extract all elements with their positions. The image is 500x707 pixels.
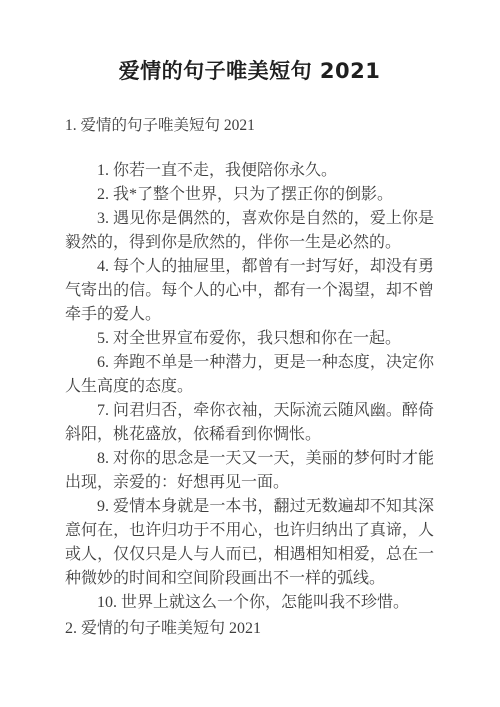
section-2-heading: 2. 爱情的句子唯美短句 2021 (65, 617, 434, 641)
section-1-heading: 1. 爱情的句子唯美短句 2021 (65, 115, 434, 137)
quote-item-3: 3. 遇见你是偶然的，喜欢你是自然的，爱上你是毅然的，得到你是欣然的，伴你一生是… (65, 207, 434, 255)
quote-item-4: 4. 每个人的抽屉里，都曾有一封写好，却没有勇气寄出的信。每个人的心中，都有一个… (65, 255, 434, 327)
quote-item-9: 9. 爱情本身就是一本书，翻过无数遍却不知其深意何在，也许归功于不用心，也许归纳… (65, 495, 434, 591)
quote-item-7: 7. 问君归否，牵你衣袖，天际流云随风幽。醉倚斜阳，桃花盛放，依稀看到你惆怅。 (65, 399, 434, 447)
document-title: 爱情的句子唯美短句 2021 (65, 57, 434, 85)
quote-item-5: 5. 对全世界宣布爱你，我只想和你在一起。 (65, 327, 434, 351)
document-page: 爱情的句子唯美短句 2021 1. 爱情的句子唯美短句 2021 1. 你若一直… (0, 0, 500, 707)
quote-item-1: 1. 你若一直不走，我便陪你永久。 (65, 159, 434, 183)
quote-item-10: 10. 世界上就这么一个你，怎能叫我不珍惜。 (65, 591, 434, 615)
quote-item-2: 2. 我*了整个世界，只为了摆正你的倒影。 (65, 183, 434, 207)
quote-item-6: 6. 奔跑不单是一种潜力，更是一种态度，决定你人生高度的态度。 (65, 351, 434, 399)
quote-item-8: 8. 对你的思念是一天又一天，美丽的梦何时才能出现，亲爱的：好想再见一面。 (65, 447, 434, 495)
quote-list: 1. 你若一直不走，我便陪你永久。 2. 我*了整个世界，只为了摆正你的倒影。 … (65, 159, 434, 615)
